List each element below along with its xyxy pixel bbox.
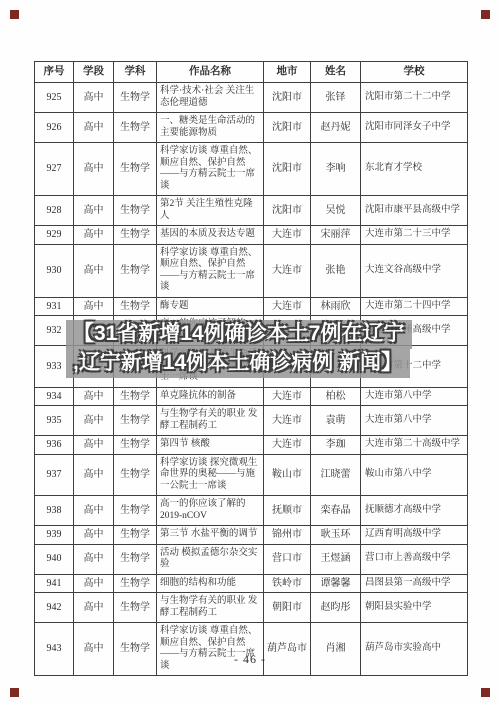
caption-line-1: 【31省新增14例确诊本土7例在辽宁 [66, 320, 412, 349]
crop-corner-mark-bottom-left [10, 688, 19, 697]
row-name: 肖湘 [311, 623, 361, 676]
row-work-title: 科学家访谈 探究微观生命世界的奥秘——与施一公院士一席谈 [157, 454, 264, 496]
header-name: 姓名 [311, 62, 361, 83]
row-subject: 生物学 [114, 143, 157, 196]
row-school: 抚顺德才高级中学 [361, 496, 468, 526]
row-serial-number: 937 [35, 454, 74, 496]
row-work-title: 一、糖类是生命活动的主要能源物质 [157, 113, 264, 143]
row-serial-number: 930 [35, 244, 74, 297]
row-work-title: 细胞的结构和功能 [157, 574, 264, 593]
row-name: 谭馨馨 [311, 574, 361, 593]
row-work-title: 单克隆抗体的制备 [157, 387, 264, 406]
row-school: 葫芦岛市实验高中 [361, 623, 468, 676]
table-row: 937高中生物学科学家访谈 探究微观生命世界的奥秘——与施一公院士一席谈鞍山市江… [35, 454, 468, 496]
row-school-stage: 高中 [74, 113, 114, 143]
row-subject: 生物学 [114, 196, 157, 226]
row-city: 大连市 [264, 387, 311, 406]
row-subject: 生物学 [114, 113, 157, 143]
row-serial-number: 942 [35, 593, 74, 623]
table-row: 927高中生物学科学家访谈 尊重自然、顺应自然、保护自然——与方精云院士一席谈沈… [35, 143, 468, 196]
row-school: 大连市第八中学 [361, 387, 468, 406]
caption-line-2: ,辽宁新增14例本土确诊病例 新闻】 [66, 349, 410, 378]
row-school: 朝阳县实验中学 [361, 593, 468, 623]
row-school-stage: 高中 [74, 574, 114, 593]
row-subject: 生物学 [114, 244, 157, 297]
row-work-title: 活动 模拟孟德尔杂交实验 [157, 544, 264, 574]
row-school-stage: 高中 [74, 143, 114, 196]
row-city: 朝阳市 [264, 593, 311, 623]
row-name: 赵丹妮 [311, 113, 361, 143]
row-school: 大连市第二十三中学 [361, 226, 468, 245]
table-row: 938高中生物学高一的你应该了解的2019-nCOV抚顺市栾春晶抚顺德才高级中学 [35, 496, 468, 526]
row-name: 李珈 [311, 436, 361, 455]
document-page: 序号 学段 学科 作品名称 地市 姓名 学校 925高中生物学科学·技术·社会 … [0, 0, 500, 706]
table-row: 942高中生物学与生物学有关的职业 发酵工程制药工朝阳市赵昀彤朝阳县实验中学 [35, 593, 468, 623]
row-serial-number: 928 [35, 196, 74, 226]
row-serial-number: 938 [35, 496, 74, 526]
row-school: 沈阳市康平县高级中学 [361, 196, 468, 226]
table-row: 926高中生物学一、糖类是生命活动的主要能源物质沈阳市赵丹妮沈阳市同泽女子中学 [35, 113, 468, 143]
row-subject: 生物学 [114, 83, 157, 113]
row-school: 大连市第八中学 [361, 406, 468, 436]
table-row: 925高中生物学科学·技术·社会 关注生态伦理道德沈阳市张铎沈阳市第二十二中学 [35, 83, 468, 113]
row-school: 东北育才学校 [361, 143, 468, 196]
row-city: 沈阳市 [264, 196, 311, 226]
row-school-stage: 高中 [74, 406, 114, 436]
row-name: 栾春晶 [311, 496, 361, 526]
row-name: 王煜涵 [311, 544, 361, 574]
row-subject: 生物学 [114, 526, 157, 545]
row-work-title: 第四节 核酸 [157, 436, 264, 455]
row-city: 大连市 [264, 297, 311, 316]
row-serial-number: 936 [35, 436, 74, 455]
row-school-stage: 高中 [74, 526, 114, 545]
row-serial-number: 927 [35, 143, 74, 196]
header-serial-number: 序号 [35, 62, 74, 83]
row-subject: 生物学 [114, 406, 157, 436]
row-school: 大连市第二十四中学 [361, 297, 468, 316]
table-row: 930高中生物学科学家访谈 尊重自然、顺应自然、保护自然——与方精云院士一席谈大… [35, 244, 468, 297]
row-school-stage: 高中 [74, 623, 114, 676]
row-subject: 生物学 [114, 436, 157, 455]
table-row: 931高中生物学酶专题大连市林雨欣大连市第二十四中学 [35, 297, 468, 316]
row-school: 辽西育明高级中学 [361, 526, 468, 545]
page-number: - 46 - [0, 652, 500, 667]
row-name: 李响 [311, 143, 361, 196]
row-subject: 生物学 [114, 593, 157, 623]
row-school-stage: 高中 [74, 244, 114, 297]
row-serial-number: 940 [35, 544, 74, 574]
row-city: 锦州市 [264, 526, 311, 545]
row-city: 沈阳市 [264, 113, 311, 143]
row-city: 大连市 [264, 244, 311, 297]
row-subject: 生物学 [114, 226, 157, 245]
table-row: 943高中生物学科学家访谈 尊重自然、顺应自然、保护自然——与方精云院士一席谈葫… [35, 623, 468, 676]
crop-corner-mark-bottom-right [481, 688, 490, 697]
row-city: 铁岭市 [264, 574, 311, 593]
crop-corner-mark-top-right [481, 10, 490, 19]
row-serial-number: 934 [35, 387, 74, 406]
row-subject: 生物学 [114, 454, 157, 496]
row-work-title: 科学家访谈 尊重自然、顺应自然、保护自然——与方精云院士一席谈 [157, 143, 264, 196]
table-row: 929高中生物学基因的本质及表达专题大连市宋丽萍大连市第二十三中学 [35, 226, 468, 245]
row-school-stage: 高中 [74, 593, 114, 623]
row-work-title: 与生物学有关的职业 发酵工程制药工 [157, 593, 264, 623]
row-work-title: 高一的你应该了解的2019-nCOV [157, 496, 264, 526]
header-work-title: 作品名称 [157, 62, 264, 83]
row-subject: 生物学 [114, 387, 157, 406]
crop-corner-mark-top-left [10, 10, 19, 19]
row-name: 吴悦 [311, 196, 361, 226]
row-name: 袁萌 [311, 406, 361, 436]
header-school-stage: 学段 [74, 62, 114, 83]
row-city: 沈阳市 [264, 143, 311, 196]
row-school: 昌图县第一高级中学 [361, 574, 468, 593]
row-school: 大连市第二十高级中学 [361, 436, 468, 455]
table-row: 936高中生物学第四节 核酸大连市李珈大连市第二十高级中学 [35, 436, 468, 455]
news-caption-overlay: 【31省新增14例确诊本土7例在辽宁 ,辽宁新增14例本土确诊病例 新闻】 [66, 320, 412, 378]
row-name: 柏松 [311, 387, 361, 406]
row-city: 大连市 [264, 226, 311, 245]
row-school: 沈阳市同泽女子中学 [361, 113, 468, 143]
row-school: 沈阳市第二十二中学 [361, 83, 468, 113]
row-serial-number: 935 [35, 406, 74, 436]
row-serial-number: 943 [35, 623, 74, 676]
row-school-stage: 高中 [74, 454, 114, 496]
row-serial-number: 939 [35, 526, 74, 545]
row-subject: 生物学 [114, 623, 157, 676]
row-school-stage: 高中 [74, 496, 114, 526]
row-school: 营口市上善高级中学 [361, 544, 468, 574]
row-city: 大连市 [264, 406, 311, 436]
table-row: 928高中生物学第2节 关注生殖性克隆人沈阳市吴悦沈阳市康平县高级中学 [35, 196, 468, 226]
row-name: 江晓蕾 [311, 454, 361, 496]
row-city: 沈阳市 [264, 83, 311, 113]
row-city: 鞍山市 [264, 454, 311, 496]
row-work-title: 与生物学有关的职业 发酵工程制药工 [157, 406, 264, 436]
row-city: 大连市 [264, 436, 311, 455]
row-school-stage: 高中 [74, 297, 114, 316]
row-name: 宋丽萍 [311, 226, 361, 245]
row-serial-number: 925 [35, 83, 74, 113]
table-header-row: 序号 学段 学科 作品名称 地市 姓名 学校 [35, 62, 468, 83]
table-row: 941高中生物学细胞的结构和功能铁岭市谭馨馨昌图县第一高级中学 [35, 574, 468, 593]
row-name: 赵昀彤 [311, 593, 361, 623]
row-serial-number: 929 [35, 226, 74, 245]
row-school-stage: 高中 [74, 387, 114, 406]
row-work-title: 科学家访谈 尊重自然、顺应自然、保护自然——与方精云院士一席谈 [157, 244, 264, 297]
row-school-stage: 高中 [74, 196, 114, 226]
row-city: 葫芦岛市 [264, 623, 311, 676]
row-name: 林雨欣 [311, 297, 361, 316]
row-city: 营口市 [264, 544, 311, 574]
row-work-title: 第三节 水盐平衡的调节 [157, 526, 264, 545]
row-serial-number: 926 [35, 113, 74, 143]
row-subject: 生物学 [114, 544, 157, 574]
row-subject: 生物学 [114, 496, 157, 526]
row-school-stage: 高中 [74, 436, 114, 455]
row-serial-number: 931 [35, 297, 74, 316]
row-subject: 生物学 [114, 574, 157, 593]
row-school-stage: 高中 [74, 544, 114, 574]
row-name: 张艳 [311, 244, 361, 297]
row-city: 抚顺市 [264, 496, 311, 526]
row-name: 张铎 [311, 83, 361, 113]
table-row: 935高中生物学与生物学有关的职业 发酵工程制药工大连市袁萌大连市第八中学 [35, 406, 468, 436]
row-school-stage: 高中 [74, 226, 114, 245]
row-work-title: 第2节 关注生殖性克隆人 [157, 196, 264, 226]
table-row: 940高中生物学活动 模拟孟德尔杂交实验营口市王煜涵营口市上善高级中学 [35, 544, 468, 574]
table-row: 934高中生物学单克隆抗体的制备大连市柏松大连市第八中学 [35, 387, 468, 406]
row-school: 大连文谷高级中学 [361, 244, 468, 297]
row-name: 耿玉环 [311, 526, 361, 545]
row-serial-number: 941 [35, 574, 74, 593]
table-row: 939高中生物学第三节 水盐平衡的调节锦州市耿玉环辽西育明高级中学 [35, 526, 468, 545]
header-school: 学校 [361, 62, 468, 83]
row-work-title: 科学家访谈 尊重自然、顺应自然、保护自然——与方精云院士一席谈 [157, 623, 264, 676]
row-work-title: 科学·技术·社会 关注生态伦理道德 [157, 83, 264, 113]
row-school: 鞍山市第八中学 [361, 454, 468, 496]
row-subject: 生物学 [114, 297, 157, 316]
row-school-stage: 高中 [74, 83, 114, 113]
header-city: 地市 [264, 62, 311, 83]
row-work-title: 基因的本质及表达专题 [157, 226, 264, 245]
row-work-title: 酶专题 [157, 297, 264, 316]
header-subject: 学科 [114, 62, 157, 83]
